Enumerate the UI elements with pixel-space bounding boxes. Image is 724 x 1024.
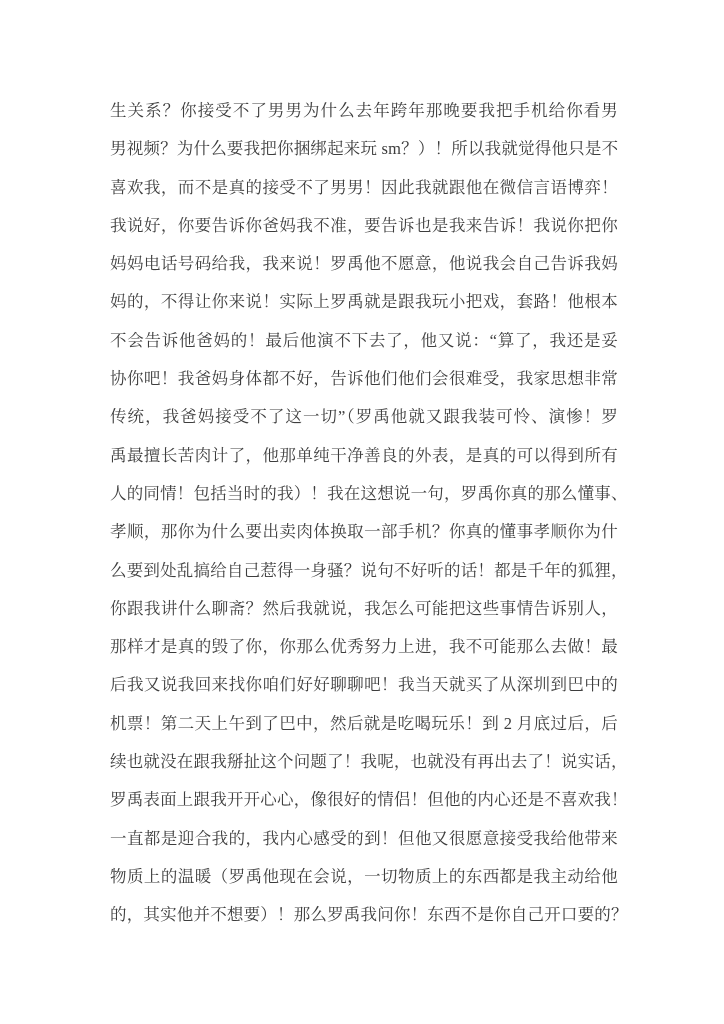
text-line: 协你吧！我爸妈身体都不好，告诉他们他们会很难受，我家思想非常 — [110, 360, 618, 398]
text-line: 续也就没在跟我掰扯这个问题了！我呢，也就没有再出去了！说实话， — [110, 743, 618, 781]
text-line: 妈妈电话号码给我，我来说！罗禹他不愿意，他说我会自己告诉我妈 — [110, 245, 618, 283]
text-line: 喜欢我，而不是真的接受不了男男！因此我就跟他在微信言语博弈！ — [110, 169, 618, 207]
text-line: 机票！第二天上午到了巴中，然后就是吃喝玩乐！到 2 月底过后，后 — [110, 705, 618, 743]
document-page: 生关系？你接受不了男男为什么去年跨年那晚要我把手机给你看男男视频？为什么要我把你… — [0, 0, 724, 1024]
text-line: 不会告诉他爸妈的！最后他演不下去了，他又说：“算了，我还是妥 — [110, 322, 618, 360]
text-line: 孝顺，那你为什么要出卖肉体换取一部手机？你真的懂事孝顺你为什 — [110, 513, 618, 551]
text-line: 那样才是真的毁了你，你那么优秀努力上进，我不可能那么去做！最 — [110, 628, 618, 666]
text-line: 罗禹表面上跟我开开心心，像很好的情侣！但他的内心还是不喜欢我！ — [110, 781, 618, 819]
text-line: 人的同情！包括当时的我）！我在这想说一句，罗禹你真的那么懂事、 — [110, 475, 618, 513]
text-line: 禹最擅长苦肉计了，他那单纯干净善良的外表，是真的可以得到所有 — [110, 437, 618, 475]
text-line: 一直都是迎合我的，我内心感受的到！但他又很愿意接受我给他带来 — [110, 820, 618, 858]
text-line: 的，其实他并不想要）！那么罗禹我问你！东西不是你自己开口要的？ — [110, 896, 618, 934]
text-line: 物质上的温暖（罗禹他现在会说，一切物质上的东西都是我主动给他 — [110, 858, 618, 896]
paragraph-text: 生关系？你接受不了男男为什么去年跨年那晚要我把手机给你看男男视频？为什么要我把你… — [110, 92, 618, 935]
text-line: 男视频？为什么要我把你捆绑起来玩 sm？）！所以我就觉得他只是不 — [110, 130, 618, 168]
text-line: 生关系？你接受不了男男为什么去年跨年那晚要我把手机给你看男 — [110, 92, 618, 130]
text-line: 传统，我爸妈接受不了这一切”（罗禹他就又跟我装可怜、演惨！罗 — [110, 398, 618, 436]
text-line: 后我又说我回来找你咱们好好聊聊吧！我当天就买了从深圳到巴中的 — [110, 666, 618, 704]
text-line: 我说好，你要告诉你爸妈我不准，要告诉也是我来告诉！我说你把你 — [110, 207, 618, 245]
text-line: 妈的，不得让你来说！实际上罗禹就是跟我玩小把戏，套路！他根本 — [110, 283, 618, 321]
text-line: 么要到处乱搞给自己惹得一身骚？说句不好听的话！都是千年的狐狸， — [110, 552, 618, 590]
text-line: 你跟我讲什么聊斋？然后我就说，我怎么可能把这些事情告诉别人， — [110, 590, 618, 628]
